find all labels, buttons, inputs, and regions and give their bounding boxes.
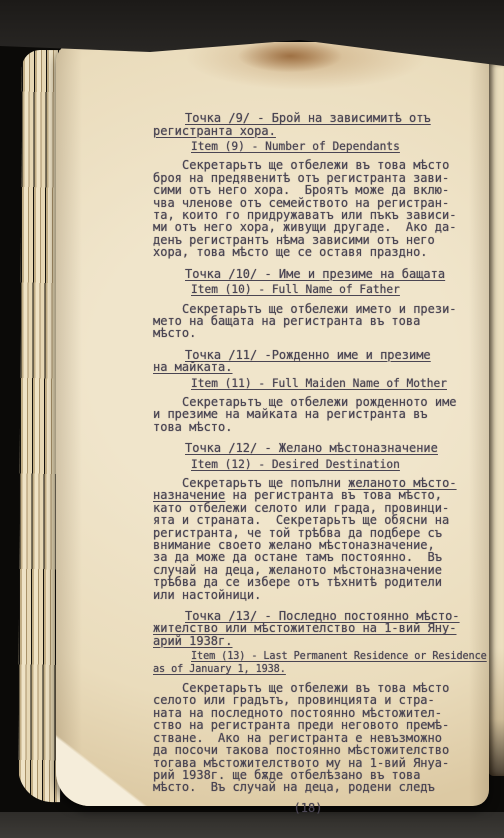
paragraph: Секретарьтъ ще отбележи рожденното имеи … xyxy=(153,396,483,433)
text-block: Точка /9/ - Брой на зависимитѣ отърегист… xyxy=(56,42,489,806)
section-item-13: Точка /13/ - Последно постоянно мѣсто-жи… xyxy=(153,610,483,794)
section-item-12: Точка /12/ - Желано мѣстоназначениеItem … xyxy=(153,442,483,601)
photo-background: { "colors": { "paper": "#eee2c6", "ink":… xyxy=(0,0,504,838)
text-line: as of January 1, 1938. xyxy=(153,664,483,676)
heading-bg: Точка /11/ -Рожденно име и презимена май… xyxy=(153,349,483,374)
text-line: Item (13) - Last Permanent Residence or … xyxy=(191,651,483,663)
scanned-page: Точка /9/ - Брой на зависимитѣ отърегист… xyxy=(56,42,489,806)
next-page-sliver xyxy=(488,64,504,776)
heading-bg: Точка /9/ - Брой на зависимитѣ отърегист… xyxy=(153,112,483,137)
text-line: мето на бащата на регистранта въ това xyxy=(153,315,483,327)
text-line: Точка /10/ - Име и презиме на бащата xyxy=(185,268,483,280)
text-line: на майката. xyxy=(153,361,483,373)
heading-bg: Точка /10/ - Име и презиме на бащата xyxy=(153,268,483,280)
heading-en: Item (9) - Number of Dependants xyxy=(153,141,483,153)
section-item-10: Точка /10/ - Име и презиме на бащатаItem… xyxy=(153,268,483,340)
text-line: това мѣсто. xyxy=(153,421,483,433)
paragraph: Секретарьтъ ще отбележи въ това мѣстобро… xyxy=(153,159,483,258)
paragraph: Секретарьтъ ще попълни желаното мѣсто-на… xyxy=(153,477,483,601)
text-line: Item (11) - Full Maiden Name of Mother xyxy=(191,378,483,390)
paragraph: Секретарьтъ ще отбележи въ това мѣстосел… xyxy=(153,682,483,794)
heading-en: Item (12) - Desired Destination xyxy=(153,459,483,471)
paragraph: Секретарьтъ ще отбележи името и прези-ме… xyxy=(153,303,483,340)
text-line: мѣсто. Въ случай на деца, родени следъ xyxy=(153,781,483,793)
text-line: Item (9) - Number of Dependants xyxy=(191,141,483,153)
heading-en: Item (10) - Full Name of Father xyxy=(153,284,483,296)
text-line: или настойници. xyxy=(153,589,483,601)
text-line: Item (12) - Desired Destination xyxy=(191,459,483,471)
heading-bg: Точка /13/ - Последно постоянно мѣсто-жи… xyxy=(153,610,483,647)
page-number: (18) xyxy=(153,802,463,814)
text-line: мѣсто. xyxy=(153,327,483,339)
text-line: хора, това мѣсто ще се оставя праздно. xyxy=(153,246,483,258)
text-line: регистранта хора. xyxy=(153,125,483,137)
text-line: Точка /12/ - Желано мѣстоназначение xyxy=(185,442,483,454)
text-line: Item (10) - Full Name of Father xyxy=(191,284,483,296)
heading-en: Item (13) - Last Permanent Residence or … xyxy=(153,651,483,676)
section-item-9: Точка /9/ - Брой на зависимитѣ отърегист… xyxy=(153,112,483,258)
text-line: арий 1938г. xyxy=(153,635,483,647)
heading-bg: Точка /12/ - Желано мѣстоназначение xyxy=(153,442,483,454)
section-item-11: Точка /11/ -Рожденно име и презимена май… xyxy=(153,349,483,433)
heading-en: Item (11) - Full Maiden Name of Mother xyxy=(153,378,483,390)
